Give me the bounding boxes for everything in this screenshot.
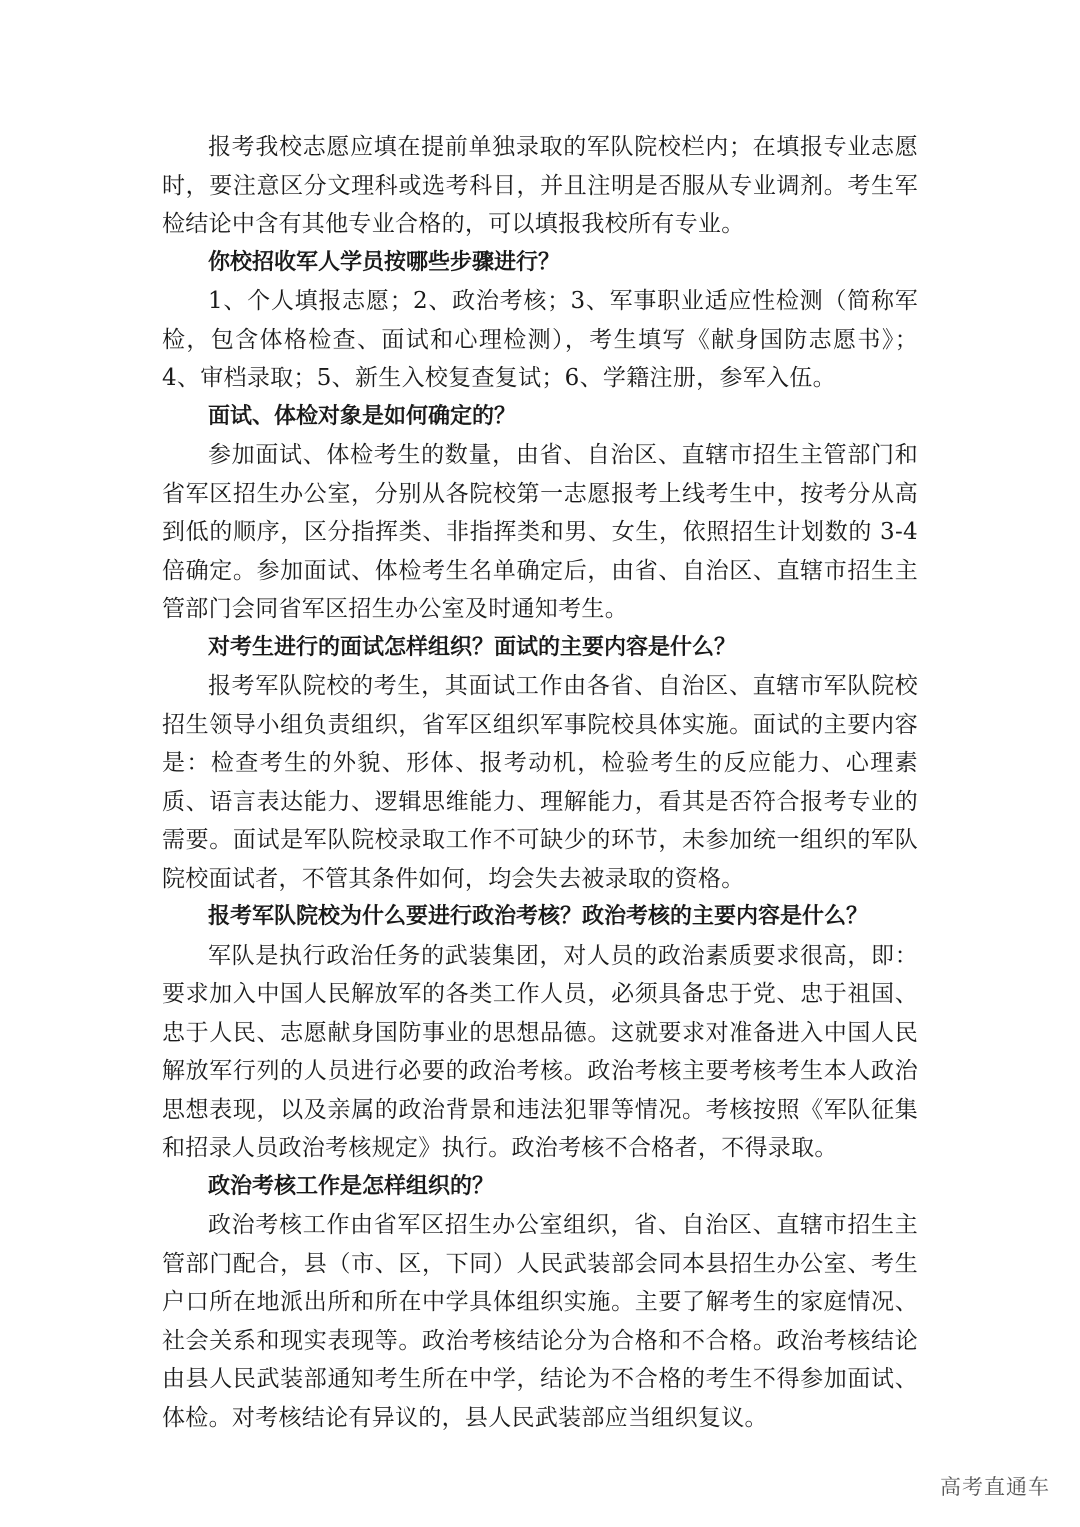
section-paragraph: 参加面试、体检考生的数量，由省、自治区、直辖市招生主管部门和省军区招生办公室，分… xyxy=(162,436,918,629)
section-heading: 报考军队院校为什么要进行政治考核？政治考核的主要内容是什么？ xyxy=(162,898,918,937)
intro-paragraph: 报考我校志愿应填在提前单独录取的军队院校栏内；在填报专业志愿时，要注意区分文理科… xyxy=(162,128,918,244)
section-paragraph: 军队是执行政治任务的武装集团，对人员的政治素质要求很高，即：要求加入中国人民解放… xyxy=(162,937,918,1168)
section-paragraph: 政治考核工作由省军区招生办公室组织，省、自治区、直辖市招生主管部门配合，县（市、… xyxy=(162,1206,918,1437)
section-interview: 对考生进行的面试怎样组织？面试的主要内容是什么？ 报考军队院校的考生，其面试工作… xyxy=(162,629,918,899)
section-heading: 面试、体检对象是如何确定的？ xyxy=(162,398,918,437)
section-heading: 对考生进行的面试怎样组织？面试的主要内容是什么？ xyxy=(162,629,918,668)
watermark: 高考直通车 xyxy=(940,1471,1050,1501)
document-body: 报考我校志愿应填在提前单独录取的军队院校栏内；在填报专业志愿时，要注意区分文理科… xyxy=(162,128,918,1437)
section-political-organization: 政治考核工作是怎样组织的？ 政治考核工作由省军区招生办公室组织，省、自治区、直辖… xyxy=(162,1168,918,1438)
section-paragraph: 1、个人填报志愿；2、政治考核；3、军事职业适应性检测（简称军检，包含体格检查、… xyxy=(162,282,918,398)
section-political-review: 报考军队院校为什么要进行政治考核？政治考核的主要内容是什么？ 军队是执行政治任务… xyxy=(162,898,918,1168)
section-heading: 政治考核工作是怎样组织的？ xyxy=(162,1168,918,1207)
section-selection: 面试、体检对象是如何确定的？ 参加面试、体检考生的数量，由省、自治区、直辖市招生… xyxy=(162,398,918,629)
section-steps: 你校招收军人学员按哪些步骤进行？ 1、个人填报志愿；2、政治考核；3、军事职业适… xyxy=(162,244,918,398)
section-heading: 你校招收军人学员按哪些步骤进行？ xyxy=(162,244,918,283)
section-paragraph: 报考军队院校的考生，其面试工作由各省、自治区、直辖市军队院校招生领导小组负责组织… xyxy=(162,667,918,898)
